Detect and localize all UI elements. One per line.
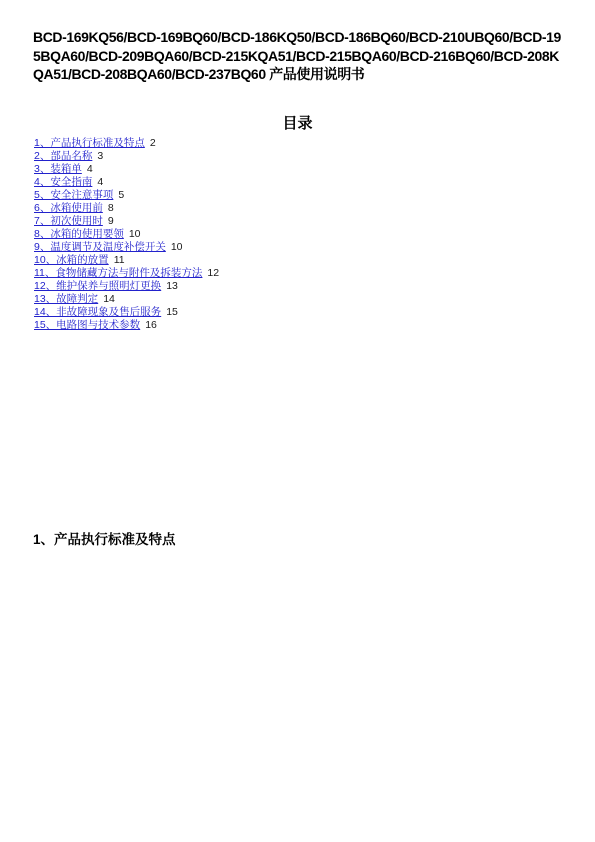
toc-link[interactable]: 5、安全注意事项 [34, 189, 113, 201]
toc-link[interactable]: 11、食物储藏方法与附件及拆装方法 [34, 267, 202, 279]
toc-item: 10、冰箱的放置11 [34, 254, 219, 267]
toc-item: 3、装箱单4 [34, 163, 219, 176]
toc-item: 8、冰箱的使用要领10 [34, 228, 219, 241]
toc-heading: 目录 [0, 114, 595, 134]
toc-page-number: 13 [166, 280, 178, 292]
toc-item: 12、维护保养与照明灯更换13 [34, 280, 219, 293]
toc-link[interactable]: 2、部品名称 [34, 150, 92, 162]
toc-item: 9、温度调节及温度补偿开关10 [34, 241, 219, 254]
toc-item: 7、初次使用时9 [34, 215, 219, 228]
toc-link[interactable]: 13、故障判定 [34, 293, 98, 305]
toc-link[interactable]: 1、产品执行标准及特点 [34, 137, 145, 149]
toc-item: 13、故障判定14 [34, 293, 219, 306]
toc-list: 1、产品执行标准及特点22、部品名称33、装箱单44、安全指南45、安全注意事项… [34, 137, 219, 332]
toc-page-number: 5 [118, 189, 124, 201]
document-page: BCD-169KQ56/BCD-169BQ60/BCD-186KQ50/BCD-… [0, 0, 595, 842]
toc-item: 4、安全指南4 [34, 176, 219, 189]
toc-page-number: 4 [97, 176, 103, 188]
toc-link[interactable]: 3、装箱单 [34, 163, 82, 175]
section-1-heading: 1、产品执行标准及特点 [33, 531, 176, 549]
toc-item: 1、产品执行标准及特点2 [34, 137, 219, 150]
toc-page-number: 15 [166, 306, 178, 318]
toc-link[interactable]: 15、电路图与技术参数 [34, 319, 140, 331]
toc-link[interactable]: 14、非故障现象及售后服务 [34, 306, 161, 318]
toc-link[interactable]: 6、冰箱使用前 [34, 202, 103, 214]
toc-page-number: 8 [108, 202, 114, 214]
toc-item: 5、安全注意事项5 [34, 189, 219, 202]
toc-page-number: 3 [97, 150, 103, 162]
toc-page-number: 4 [87, 163, 93, 175]
toc-item: 11、食物储藏方法与附件及拆装方法12 [34, 267, 219, 280]
toc-item: 14、非故障现象及售后服务15 [34, 306, 219, 319]
toc-page-number: 10 [129, 228, 141, 240]
toc-link[interactable]: 7、初次使用时 [34, 215, 103, 227]
toc-link[interactable]: 10、冰箱的放置 [34, 254, 109, 266]
toc-item: 6、冰箱使用前8 [34, 202, 219, 215]
toc-link[interactable]: 9、温度调节及温度补偿开关 [34, 241, 166, 253]
toc-page-number: 16 [145, 319, 157, 331]
toc-item: 2、部品名称3 [34, 150, 219, 163]
toc-page-number: 11 [114, 254, 125, 266]
toc-page-number: 10 [171, 241, 183, 253]
toc-page-number: 12 [207, 267, 219, 279]
document-title: BCD-169KQ56/BCD-169BQ60/BCD-186KQ50/BCD-… [33, 28, 567, 84]
toc-link[interactable]: 4、安全指南 [34, 176, 92, 188]
toc-page-number: 14 [103, 293, 115, 305]
toc-page-number: 9 [108, 215, 114, 227]
toc-link[interactable]: 8、冰箱的使用要领 [34, 228, 124, 240]
toc-link[interactable]: 12、维护保养与照明灯更换 [34, 280, 161, 292]
toc-page-number: 2 [150, 137, 156, 149]
toc-item: 15、电路图与技术参数16 [34, 319, 219, 332]
